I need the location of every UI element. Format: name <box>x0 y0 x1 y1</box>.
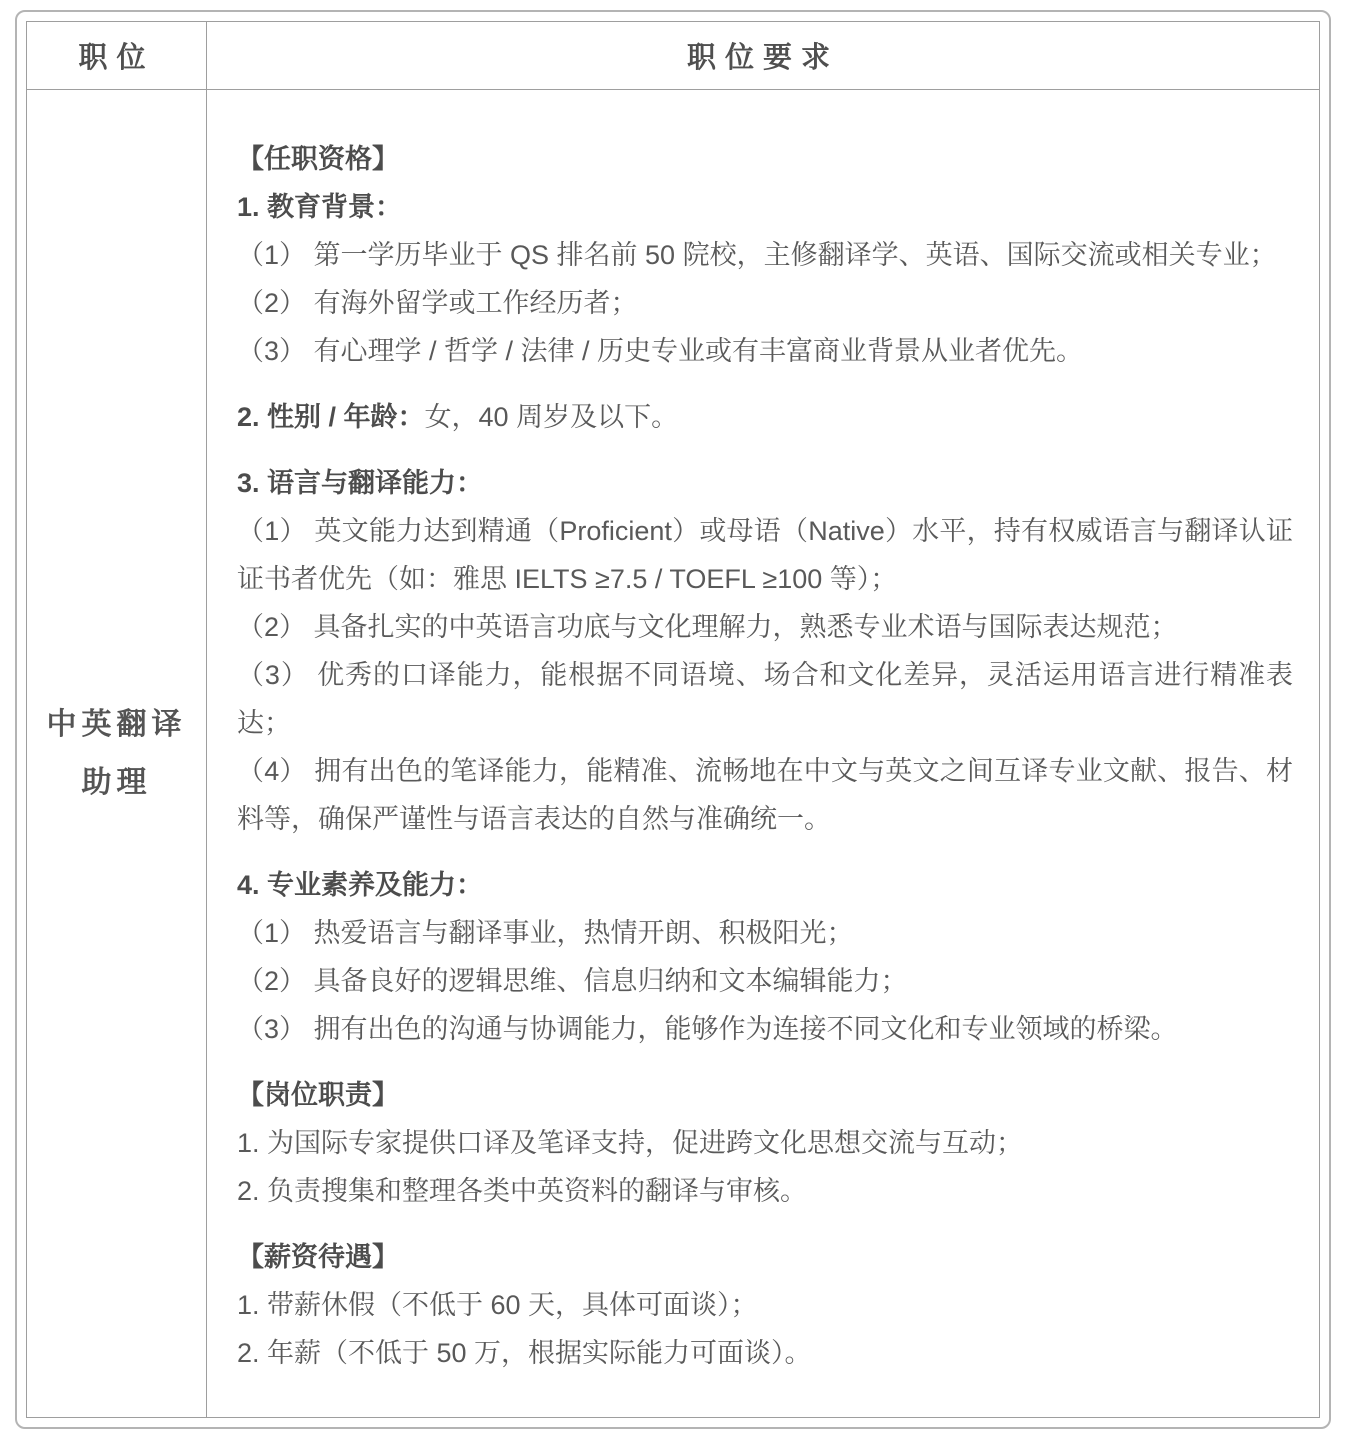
position-name: 中英翻译助理 <box>42 696 192 812</box>
language-item: （2） 具备扎实的中英语言功底与文化理解力，熟悉专业术语与国际表达规范； <box>237 603 1293 651</box>
education-item: （3） 有心理学 / 哲学 / 法律 / 历史专业或有丰富商业背景从业者优先。 <box>237 327 1293 375</box>
header-row: 职位 职位要求 <box>27 22 1320 90</box>
language-item: （4） 拥有出色的笔译能力，能精准、流畅地在中文与英文之间互译专业文献、报告、材… <box>237 747 1293 843</box>
header-position: 职位 <box>27 22 207 90</box>
competence-heading: 4. 专业素养及能力： <box>237 861 1293 909</box>
competence-item: （3） 拥有出色的沟通与协调能力，能够作为连接不同文化和专业领域的桥梁。 <box>237 1005 1293 1053</box>
page: 职位 职位要求 中英翻译助理 【任职资格】 1. 教育背景： （1） 第一学历毕… <box>0 0 1346 1456</box>
table-frame: 职位 职位要求 中英翻译助理 【任职资格】 1. 教育背景： （1） 第一学历毕… <box>15 10 1331 1429</box>
salary-item: 2. 年薪（不低于 50 万，根据实际能力可面谈）。 <box>237 1329 1293 1377</box>
qualification-title: 【任职资格】 <box>237 135 1293 183</box>
duties-item: 1. 为国际专家提供口译及笔译支持，促进跨文化思想交流与互动； <box>237 1119 1293 1167</box>
header-requirements: 职位要求 <box>207 22 1320 90</box>
gender-age-line: 2. 性别 / 年龄：女，40 周岁及以下。 <box>237 393 1293 441</box>
education-item: （2） 有海外留学或工作经历者； <box>237 279 1293 327</box>
duties-title: 【岗位职责】 <box>237 1071 1293 1119</box>
job-row: 中英翻译助理 【任职资格】 1. 教育背景： （1） 第一学历毕业于 QS 排名… <box>27 90 1320 1418</box>
position-cell: 中英翻译助理 <box>27 90 207 1418</box>
language-heading: 3. 语言与翻译能力： <box>237 459 1293 507</box>
education-item: （1） 第一学历毕业于 QS 排名前 50 院校，主修翻译学、英语、国际交流或相… <box>237 231 1293 279</box>
salary-title: 【薪资待遇】 <box>237 1233 1293 1281</box>
requirements-cell: 【任职资格】 1. 教育背景： （1） 第一学历毕业于 QS 排名前 50 院校… <box>207 90 1320 1418</box>
job-table: 职位 职位要求 中英翻译助理 【任职资格】 1. 教育背景： （1） 第一学历毕… <box>26 21 1320 1418</box>
language-item: （1） 英文能力达到精通（Proficient）或母语（Native）水平，持有… <box>237 507 1293 603</box>
gender-age-heading: 2. 性别 / 年龄： <box>237 402 425 432</box>
duties-item: 2. 负责搜集和整理各类中英资料的翻译与审核。 <box>237 1167 1293 1215</box>
salary-item: 1. 带薪休假（不低于 60 天，具体可面谈）； <box>237 1281 1293 1329</box>
competence-item: （2） 具备良好的逻辑思维、信息归纳和文本编辑能力； <box>237 957 1293 1005</box>
gender-age-text: 女，40 周岁及以下。 <box>425 402 679 432</box>
competence-item: （1） 热爱语言与翻译事业，热情开朗、积极阳光； <box>237 909 1293 957</box>
language-item: （3） 优秀的口译能力，能根据不同语境、场合和文化差异，灵活运用语言进行精准表达… <box>237 651 1293 747</box>
education-heading: 1. 教育背景： <box>237 183 1293 231</box>
